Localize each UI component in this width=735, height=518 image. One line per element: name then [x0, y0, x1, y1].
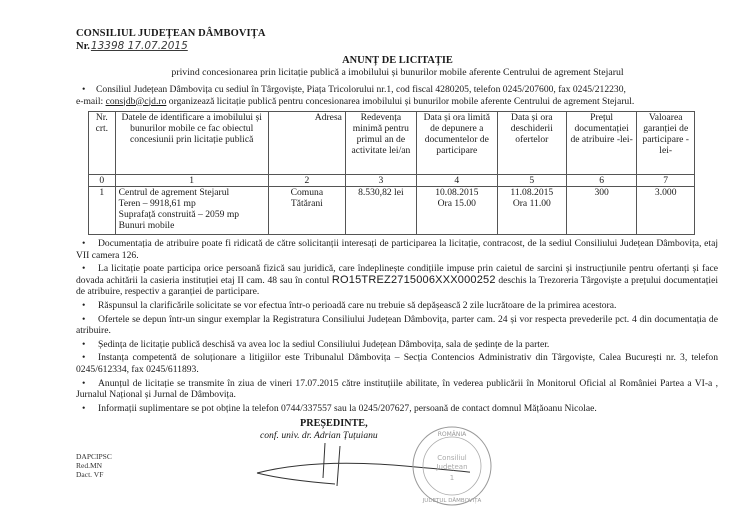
svg-text:1: 1: [450, 474, 454, 482]
cell-garantie: 3.000: [637, 187, 695, 235]
header-pret: Prețul documentației de atribuire -lei-: [566, 112, 637, 175]
list-item: •La licitație poate participa orice pers…: [76, 263, 718, 298]
item-text: Răspunsul la clarificările solicitate se…: [98, 300, 616, 311]
cell-data-deschidere: 11.08.2015 Ora 11.00: [497, 187, 566, 235]
table-row: 1 Centrul de agrement Stejarul Teren – 9…: [89, 187, 695, 235]
list-item: •Răspunsul la clarificările solicitate s…: [76, 300, 718, 312]
header-adresa: Adresa: [268, 112, 345, 175]
list-item: •Anunțul de licitație se transmite în zi…: [76, 378, 718, 401]
iban-account: RO15TREZ2715006XXX000252: [332, 274, 496, 286]
intro-paragraph: •Consiliul Județean Dâmbovița cu sediul …: [76, 84, 716, 107]
table-header-row: Nr. crt. Datele de identificare a imobil…: [89, 112, 695, 175]
header-redeventa: Redevența minimă pentru primul an de act…: [345, 112, 416, 175]
bullet-icon: •: [76, 352, 98, 364]
adresa-line: Tătărani: [272, 198, 342, 209]
footer-code: DAPCIPSC: [76, 452, 112, 461]
document-subtitle: privind concesionarea prin licitație pub…: [0, 67, 735, 78]
svg-text:Consiliul: Consiliul: [437, 454, 467, 462]
cell-adresa: Comuna Tătărani: [268, 187, 345, 235]
cell-data-depunere: 10.08.2015 Ora 15.00: [416, 187, 497, 235]
nr-label: Nr.: [76, 41, 90, 52]
time-line: Ora 15.00: [420, 198, 494, 209]
email-link[interactable]: consjdb@cjd.ro: [106, 96, 167, 107]
registration-number: Nr.13398 17.07.2015: [76, 40, 188, 52]
auction-table: Nr. crt. Datele de identificare a imobil…: [88, 111, 695, 235]
header-data-deschidere: Data și ora deschiderii ofertelor: [497, 112, 566, 175]
svg-text:JUDEȚUL DÂMBOVIȚA: JUDEȚUL DÂMBOVIȚA: [422, 497, 482, 504]
bullet-icon: •: [76, 263, 98, 275]
ident-line: Bunuri mobile: [119, 220, 265, 231]
date-line: 10.08.2015: [420, 187, 494, 198]
bullet-icon: •: [76, 403, 98, 415]
bullet-icon: •: [76, 84, 96, 96]
list-item: •Informații suplimentare se pot obține l…: [76, 403, 718, 415]
item-text: Ofertele se depun într-un singur exempla…: [76, 314, 718, 337]
item-text: Anunțul de licitație se transmite în ziu…: [76, 378, 718, 401]
email-prefix: e-mail:: [76, 96, 106, 107]
document-footer-codes: DAPCIPSC Red.MN Dact. VF: [76, 452, 112, 479]
cell-redeventa: 8.530,82 lei: [345, 187, 416, 235]
list-item: •Instanța competentă de soluționare a li…: [76, 352, 718, 375]
footer-code: Dact. VF: [76, 470, 112, 479]
ident-line: Teren – 9918,61 mp: [119, 198, 265, 209]
bullet-icon: •: [76, 314, 98, 326]
cell-nr: 1: [89, 187, 116, 235]
bullet-icon: •: [76, 339, 98, 351]
bullet-icon: •: [76, 300, 98, 312]
item-text: Documentația de atribuire poate fi ridic…: [76, 238, 718, 261]
list-item: •Documentația de atribuire poate fi ridi…: [76, 238, 718, 261]
header-data-depunere: Data și ora limită de depunere a documen…: [416, 112, 497, 175]
cell-identificare: Centrul de agrement Stejarul Teren – 991…: [115, 187, 268, 235]
conditions-list: •Documentația de atribuire poate fi ridi…: [76, 238, 718, 416]
bullet-icon: •: [76, 378, 98, 390]
adresa-line: Comuna: [272, 187, 342, 198]
svg-text:ROMÂNIA: ROMÂNIA: [438, 431, 467, 438]
ident-line: Centrul de agrement Stejarul: [119, 187, 265, 198]
header-garantie: Valoarea garanției de participare -lei-: [637, 112, 695, 175]
intro-line1: Consiliul Județean Dâmbovița cu sediul î…: [96, 84, 626, 95]
bullet-icon: •: [76, 238, 98, 250]
item-text: Instanța competentă de soluționare a lit…: [76, 352, 718, 375]
handwritten-number-date: 13398 17.07.2015: [91, 40, 188, 52]
header-nr: Nr. crt.: [89, 112, 116, 175]
list-item: •Ofertele se depun într-un singur exempl…: [76, 314, 718, 337]
col-num: 1: [115, 175, 268, 187]
time-line: Ora 11.00: [501, 198, 563, 209]
col-num: 2: [268, 175, 345, 187]
item-text: Informații suplimentare se pot obține la…: [98, 403, 597, 414]
official-stamp-icon: ROMÂNIA Consiliul Județean 1 JUDEȚUL DÂM…: [410, 424, 494, 508]
col-num: 3: [345, 175, 416, 187]
cell-pret: 300: [566, 187, 637, 235]
document-title: ANUNȚ DE LICITAȚIE: [0, 55, 735, 66]
ident-line: Suprafață construită – 2059 mp: [119, 209, 265, 220]
col-num: 4: [416, 175, 497, 187]
col-num: 5: [497, 175, 566, 187]
footer-code: Red.MN: [76, 461, 112, 470]
intro-line2: organizează licitație publică pentru con…: [166, 96, 634, 107]
item-text: Ședința de licitație publică deschisă va…: [98, 339, 549, 350]
signatory-role: PREȘEDINTE,: [300, 418, 368, 429]
date-line: 11.08.2015: [501, 187, 563, 198]
col-num: 6: [566, 175, 637, 187]
table-column-numbers-row: 0 1 2 3 4 5 6 7: [89, 175, 695, 187]
col-num: 0: [89, 175, 116, 187]
col-num: 7: [637, 175, 695, 187]
list-item: •Ședința de licitație publică deschisă v…: [76, 339, 718, 351]
header-identificare: Datele de identificare a imobilului și b…: [115, 112, 268, 175]
organization-name: CONSILIUL JUDEȚEAN DÂMBOVIȚA: [76, 28, 266, 39]
svg-text:Județean: Județean: [435, 463, 467, 472]
